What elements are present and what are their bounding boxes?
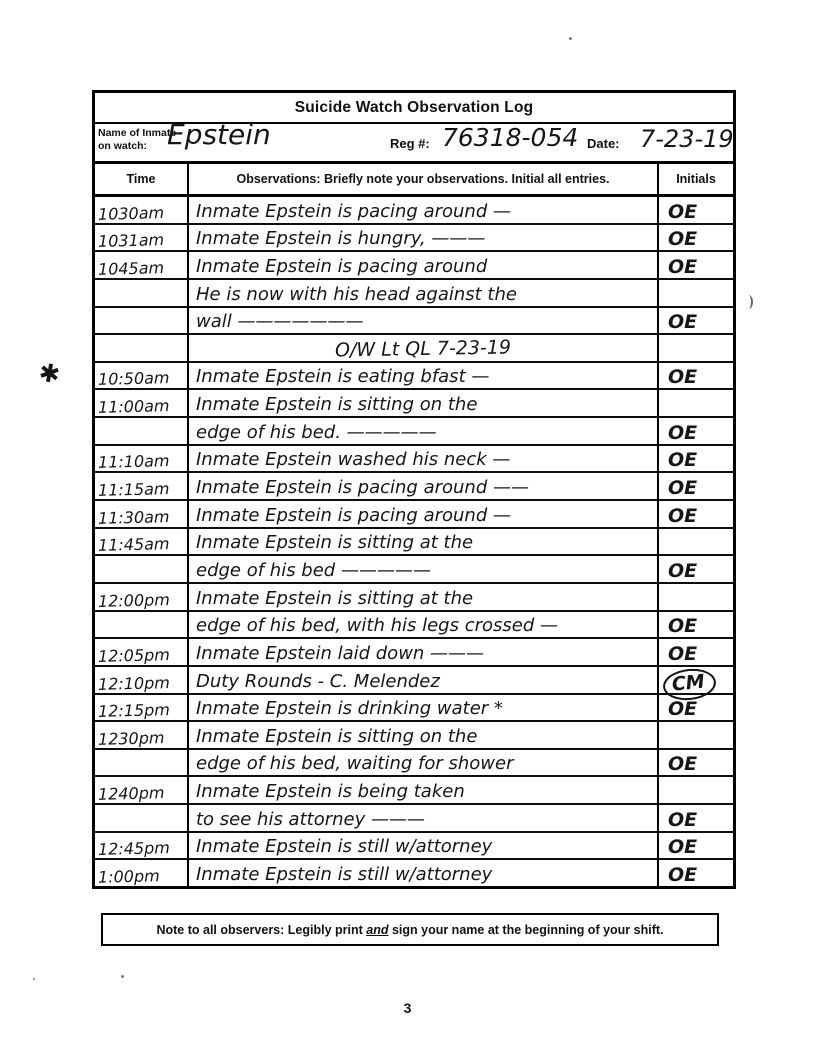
- initials-cell: [659, 390, 733, 416]
- time-cell: 12:00pm: [95, 584, 189, 610]
- observation-text: O/W Lt QL 7-23-19: [335, 336, 511, 361]
- table-row: 12:10pm Duty Rounds - C. Melendez CM: [95, 667, 733, 695]
- time-cell: [95, 335, 189, 361]
- observation-text: Inmate Epstein is still w/attorney: [196, 864, 492, 885]
- observation-cell: Inmate Epstein washed his neck —: [189, 446, 659, 472]
- time-value: 11:10am: [98, 451, 170, 472]
- time-cell: [95, 750, 189, 776]
- observer-note-box: Note to all observers: Legibly print and…: [101, 913, 719, 946]
- observation-text: Inmate Epstein washed his neck —: [196, 449, 510, 470]
- inmate-name-value: Epstein: [167, 118, 271, 151]
- reg-number-label: Reg #:: [390, 136, 430, 151]
- initials-column-header: Initials: [659, 164, 733, 194]
- time-cell: [95, 308, 189, 334]
- observation-cell: edge of his bed, with his legs crossed —: [189, 612, 659, 638]
- observation-cell: Inmate Epstein is sitting on the: [189, 390, 659, 416]
- time-value: 1030am: [98, 203, 165, 224]
- time-value: 11:30am: [98, 507, 170, 528]
- time-value: 1:00pm: [98, 866, 160, 887]
- observation-cell: Inmate Epstein is hungry, ———: [189, 225, 659, 251]
- observation-cell: Inmate Epstein is pacing around —: [189, 501, 659, 527]
- time-cell: ✱ 10:50am: [95, 363, 189, 389]
- observation-text: Inmate Epstein is hungry, ———: [196, 228, 485, 249]
- table-row: 1031am Inmate Epstein is hungry, ——— OE: [95, 225, 733, 253]
- initials-value: OE: [668, 698, 697, 720]
- observation-cell: edge of his bed, waiting for shower: [189, 750, 659, 776]
- time-cell: 1:00pm: [95, 860, 189, 886]
- initials-value: OE: [668, 422, 697, 444]
- table-row: He is now with his head against the: [95, 280, 733, 308]
- time-cell: 1030am: [95, 197, 189, 223]
- table-row: 12:00pm Inmate Epstein is sitting at the: [95, 584, 733, 612]
- table-row: edge of his bed, waiting for shower OE: [95, 750, 733, 778]
- initials-cell: [659, 722, 733, 748]
- time-value: 11:45am: [98, 534, 170, 555]
- initials-cell: OE: [659, 197, 733, 223]
- initials-value: OE: [668, 228, 697, 250]
- initials-cell: OE: [659, 556, 733, 582]
- table-row: 1030am Inmate Epstein is pacing around —…: [95, 197, 733, 225]
- time-cell: 11:45am: [95, 529, 189, 555]
- time-value: 1240pm: [98, 783, 165, 804]
- time-value: 12:10pm: [98, 673, 170, 694]
- observation-text: He is now with his head against the: [196, 284, 517, 305]
- initials-value: OE: [668, 615, 697, 637]
- column-header-row: Time Observations: Briefly note your obs…: [95, 164, 733, 197]
- observation-cell: Inmate Epstein is pacing around: [189, 252, 659, 278]
- time-cell: 12:05pm: [95, 639, 189, 665]
- initials-cell: OE: [659, 252, 733, 278]
- time-cell: 1230pm: [95, 722, 189, 748]
- table-row: 12:15pm Inmate Epstein is drinking water…: [95, 695, 733, 723]
- observation-text: Inmate Epstein is pacing around —: [196, 201, 511, 222]
- observation-text: edge of his bed, waiting for shower: [196, 753, 514, 774]
- time-cell: 11:10am: [95, 446, 189, 472]
- observation-cell: Inmate Epstein is eating bfast —: [189, 363, 659, 389]
- time-cell: 12:10pm: [95, 667, 189, 693]
- initials-cell: OE: [659, 501, 733, 527]
- table-row: edge of his bed. ————— OE: [95, 418, 733, 446]
- date-value: 7-23-19: [640, 125, 734, 153]
- time-cell: 12:45pm: [95, 833, 189, 859]
- table-row: ✱ 10:50am Inmate Epstein is eating bfast…: [95, 363, 733, 391]
- observation-text: Inmate Epstein is sitting on the: [196, 726, 477, 747]
- time-value: 12:45pm: [98, 838, 170, 859]
- page-number: 3: [0, 1000, 815, 1016]
- observation-text: Inmate Epstein is being taken: [196, 781, 465, 802]
- initials-value: OE: [668, 256, 697, 278]
- time-cell: [95, 805, 189, 831]
- scan-artifact-dot: [121, 975, 124, 978]
- note-text-and: and: [366, 923, 388, 937]
- table-row: 11:15am Inmate Epstein is pacing around …: [95, 473, 733, 501]
- observation-cell: Duty Rounds - C. Melendez: [189, 667, 659, 693]
- time-cell: [95, 280, 189, 306]
- initials-value: OE: [668, 864, 697, 886]
- time-value: 1230pm: [98, 728, 165, 749]
- observation-cell: Inmate Epstein is still w/attorney: [189, 833, 659, 859]
- observation-text: Duty Rounds - C. Melendez: [196, 671, 440, 692]
- table-row: 11:30am Inmate Epstein is pacing around …: [95, 501, 733, 529]
- initials-cell: OE: [659, 805, 733, 831]
- initials-cell: [659, 280, 733, 306]
- time-value: 12:05pm: [98, 645, 170, 666]
- observation-cell: Inmate Epstein is sitting at the: [189, 529, 659, 555]
- observation-cell: Inmate Epstein is sitting at the: [189, 584, 659, 610]
- time-cell: [95, 612, 189, 638]
- time-cell: 11:30am: [95, 501, 189, 527]
- table-row: 12:45pm Inmate Epstein is still w/attorn…: [95, 833, 733, 861]
- initials-value: OE: [668, 753, 697, 775]
- initials-cell: OE: [659, 473, 733, 499]
- observation-text: to see his attorney ———: [196, 809, 425, 830]
- observation-text: Inmate Epstein is eating bfast —: [196, 366, 489, 387]
- initials-cell: OE: [659, 308, 733, 334]
- initials-cell: OE: [659, 750, 733, 776]
- initials-value: OE: [668, 643, 697, 665]
- table-row: to see his attorney ——— OE: [95, 805, 733, 833]
- initials-cell: OE: [659, 363, 733, 389]
- observation-cell: edge of his bed —————: [189, 556, 659, 582]
- observation-text: Inmate Epstein is pacing around: [196, 256, 487, 277]
- initials-cell: OE: [659, 612, 733, 638]
- initials-value: OE: [668, 477, 697, 499]
- observation-text: Inmate Epstein is sitting on the: [196, 394, 477, 415]
- observation-text: Inmate Epstein is pacing around ——: [196, 477, 529, 498]
- observation-cell: wall ———————: [189, 308, 659, 334]
- initials-cell: [659, 335, 733, 361]
- table-row: 1240pm Inmate Epstein is being taken: [95, 777, 733, 805]
- initials-value: OE: [668, 449, 697, 471]
- initials-value: OE: [668, 809, 697, 831]
- observation-text: wall ———————: [196, 311, 363, 332]
- date-label: Date:: [587, 136, 620, 151]
- table-row: 1:00pm Inmate Epstein is still w/attorne…: [95, 860, 733, 886]
- observation-text: Inmate Epstein is sitting at the: [196, 588, 473, 609]
- observation-text: Inmate Epstein laid down ———: [196, 643, 484, 664]
- observations-column-header: Observations: Briefly note your observat…: [189, 164, 659, 194]
- initials-value: OE: [668, 201, 697, 223]
- reg-number-value: 76318-054: [442, 123, 578, 152]
- observation-cell: O/W Lt QL 7-23-19: [189, 335, 659, 361]
- observation-log-form: Suicide Watch Observation Log Name of In…: [92, 90, 736, 889]
- observation-text: Inmate Epstein is pacing around —: [196, 505, 511, 526]
- observation-cell: Inmate Epstein is pacing around ——: [189, 473, 659, 499]
- time-cell: 1240pm: [95, 777, 189, 803]
- table-row: edge of his bed, with his legs crossed —…: [95, 612, 733, 640]
- time-column-header: Time: [95, 164, 189, 194]
- observation-cell: Inmate Epstein is still w/attorney: [189, 860, 659, 886]
- time-value: 12:15pm: [98, 700, 170, 721]
- table-row: 12:05pm Inmate Epstein laid down ——— OE: [95, 639, 733, 667]
- initials-cell: OE: [659, 695, 733, 721]
- observation-cell: to see his attorney ———: [189, 805, 659, 831]
- log-rows: 1030am Inmate Epstein is pacing around —…: [95, 197, 733, 886]
- observation-text: edge of his bed. —————: [196, 422, 437, 443]
- initials-cell: OE: [659, 446, 733, 472]
- time-value: 10:50am: [98, 369, 170, 390]
- initials-value: OE: [668, 560, 697, 582]
- table-row: O/W Lt QL 7-23-19: [95, 335, 733, 363]
- initials-cell: [659, 529, 733, 555]
- initials-cell: [659, 584, 733, 610]
- time-cell: 1031am: [95, 225, 189, 251]
- time-cell: 12:15pm: [95, 695, 189, 721]
- table-row: 11:45am Inmate Epstein is sitting at the: [95, 529, 733, 557]
- observation-text: Inmate Epstein is drinking water *: [196, 698, 503, 719]
- initials-cell: OE: [659, 225, 733, 251]
- scanned-document-page: Suicide Watch Observation Log Name of In…: [0, 0, 815, 1054]
- note-text-prefix: Note to all observers: Legibly print: [156, 923, 366, 937]
- initials-cell: OE: [659, 833, 733, 859]
- observation-text: Inmate Epstein is sitting at the: [196, 532, 473, 553]
- form-title: Suicide Watch Observation Log: [295, 99, 534, 117]
- scan-artifact-curve: [744, 295, 753, 309]
- scan-artifact-dot: [33, 978, 35, 980]
- observation-cell: Inmate Epstein is being taken: [189, 777, 659, 803]
- table-row: edge of his bed ————— OE: [95, 556, 733, 584]
- table-row: 11:10am Inmate Epstein washed his neck —…: [95, 446, 733, 474]
- name-of-inmate-label: Name of Inmate on watch:: [98, 127, 176, 153]
- observation-cell: edge of his bed. —————: [189, 418, 659, 444]
- observation-text: Inmate Epstein is still w/attorney: [196, 836, 492, 857]
- time-cell: [95, 418, 189, 444]
- inmate-name-row: Name of Inmate on watch: Epstein Reg #: …: [95, 124, 733, 164]
- time-cell: 1045am: [95, 252, 189, 278]
- time-cell: 11:15am: [95, 473, 189, 499]
- time-value: 11:15am: [98, 479, 170, 500]
- observation-cell: Inmate Epstein is drinking water *: [189, 695, 659, 721]
- initials-cell: OE: [659, 418, 733, 444]
- time-value: 1031am: [98, 230, 165, 251]
- table-row: 1230pm Inmate Epstein is sitting on the: [95, 722, 733, 750]
- initials-value: OE: [668, 505, 697, 527]
- observation-cell: Inmate Epstein laid down ———: [189, 639, 659, 665]
- initials-cell: OE: [659, 860, 733, 886]
- observation-text: edge of his bed, with his legs crossed —: [196, 615, 558, 636]
- initials-cell: CM: [659, 667, 733, 693]
- observation-cell: Inmate Epstein is sitting on the: [189, 722, 659, 748]
- time-value: 1045am: [98, 258, 165, 279]
- initials-value: OE: [668, 366, 697, 388]
- observation-cell: Inmate Epstein is pacing around —: [189, 197, 659, 223]
- table-row: wall ——————— OE: [95, 308, 733, 336]
- time-cell: [95, 556, 189, 582]
- time-cell: 11:00am: [95, 390, 189, 416]
- scan-artifact-dot: [569, 37, 572, 40]
- initials-value: OE: [668, 311, 697, 333]
- observation-cell: He is now with his head against the: [189, 280, 659, 306]
- time-value: 12:00pm: [98, 590, 170, 611]
- time-value: 11:00am: [98, 396, 170, 417]
- note-text-suffix: sign your name at the beginning of your …: [388, 923, 663, 937]
- table-row: 11:00am Inmate Epstein is sitting on the: [95, 390, 733, 418]
- initials-cell: OE: [659, 639, 733, 665]
- initials-cell: [659, 777, 733, 803]
- margin-asterisk-icon: ✱: [37, 357, 63, 389]
- initials-value: OE: [668, 836, 697, 858]
- table-row: 1045am Inmate Epstein is pacing around O…: [95, 252, 733, 280]
- observation-text: edge of his bed —————: [196, 560, 431, 581]
